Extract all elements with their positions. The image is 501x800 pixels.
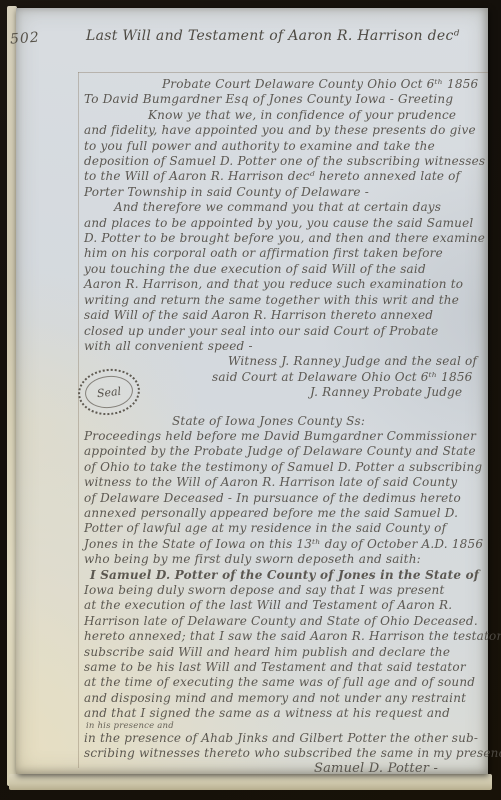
manuscript-line: Iowa being duly sworn depose and say tha… bbox=[84, 583, 476, 598]
manuscript-text: Probate Court Delaware County Ohio Oct 6… bbox=[84, 77, 476, 777]
manuscript-line: J. Ranney Probate Judge bbox=[310, 385, 476, 400]
manuscript-line: I Samuel D. Potter of the County of Jone… bbox=[90, 568, 476, 583]
manuscript-line: you touching the due execution of said W… bbox=[84, 262, 476, 277]
manuscript-line: and places to be appointed by you, you c… bbox=[84, 216, 476, 231]
manuscript-line: witness to the Will of Aaron R. Harrison… bbox=[84, 475, 476, 490]
manuscript-line: and fidelity, have appointed you and by … bbox=[84, 123, 476, 138]
manuscript-line: Harrison late of Delaware County and Sta… bbox=[84, 614, 476, 629]
manuscript-line: To David Bumgardner Esq of Jones County … bbox=[84, 92, 476, 107]
ledger-paper: 502 Last Will and Testament of Aaron R. … bbox=[16, 8, 488, 774]
manuscript-line: hereto annexed; that I saw the said Aaro… bbox=[84, 629, 476, 644]
manuscript-line: Proceedings held before me David Bumgard… bbox=[84, 429, 476, 444]
manuscript-line: who being by me first duly sworn deposet… bbox=[84, 552, 476, 567]
manuscript-line: Aaron R. Harrison, and that you reduce s… bbox=[84, 277, 476, 292]
manuscript-line: writing and return the same together wit… bbox=[84, 293, 476, 308]
manuscript-line: Porter Township in said County of Delawa… bbox=[84, 185, 476, 200]
manuscript-line: Jones in the State of Iowa on this 13ᵗʰ … bbox=[84, 537, 476, 552]
manuscript-line: deposition of Samuel D. Potter one of th… bbox=[84, 154, 476, 169]
manuscript-line: Know ye that we, in confidence of your p… bbox=[148, 108, 476, 123]
manuscript-line: closed up under your seal into our said … bbox=[84, 324, 476, 339]
manuscript-line: and that I signed the same as a witness … bbox=[84, 706, 476, 721]
manuscript-line: in his presence and bbox=[86, 722, 476, 731]
manuscript-line: D. Potter to be brought before you, and … bbox=[84, 231, 476, 246]
manuscript-line: annexed personally appeared before me th… bbox=[84, 506, 476, 521]
manuscript-line: scribing witnesses thereto who subscribe… bbox=[84, 746, 476, 761]
manuscript-line: at the execution of the last Will and Te… bbox=[84, 598, 476, 613]
header-rule-line bbox=[78, 72, 488, 73]
manuscript-line: said Will of the said Aaron R. Harrison … bbox=[84, 308, 476, 323]
manuscript-line: subscribe said Will and heard him publis… bbox=[84, 645, 476, 660]
manuscript-line: at the time of executing the same was of… bbox=[84, 675, 476, 690]
manuscript-line: in the presence of Ahab Jinks and Gilber… bbox=[84, 731, 476, 746]
manuscript-line: with all convenient speed - bbox=[84, 339, 476, 354]
manuscript-line: And therefore we command you that at cer… bbox=[114, 200, 476, 215]
manuscript-line: of Ohio to take the testimony of Samuel … bbox=[84, 460, 476, 475]
margin-rule-line bbox=[78, 72, 79, 768]
manuscript-line: to the Will of Aaron R. Harrison decᵈ he… bbox=[84, 169, 476, 184]
manuscript-line: him on his corporal oath or affirmation … bbox=[84, 246, 476, 261]
page-title: Last Will and Testament of Aaron R. Harr… bbox=[86, 28, 458, 44]
manuscript-line: said Court at Delaware Ohio Oct 6ᵗʰ 1856 bbox=[212, 370, 476, 385]
manuscript-line: same to be his last Will and Testament a… bbox=[84, 660, 476, 675]
manuscript-line: to you full power and authority to exami… bbox=[84, 139, 476, 154]
page-number: 502 bbox=[10, 28, 59, 47]
manuscript-line: appointed by the Probate Judge of Delawa… bbox=[84, 444, 476, 459]
manuscript-line: Samuel D. Potter - bbox=[314, 761, 476, 776]
manuscript-line: Probate Court Delaware County Ohio Oct 6… bbox=[162, 77, 476, 92]
manuscript-line: Potter of lawful age at my residence in … bbox=[84, 521, 476, 536]
manuscript-line: of Delaware Deceased - In pursuance of t… bbox=[84, 491, 476, 506]
manuscript-line: Witness J. Ranney Judge and the seal of bbox=[228, 354, 476, 369]
manuscript-line: and disposing mind and memory and not un… bbox=[84, 691, 476, 706]
photographed-ledger-page: 502 Last Will and Testament of Aaron R. … bbox=[0, 0, 501, 800]
seal-label: Seal bbox=[83, 374, 134, 411]
manuscript-line: State of Iowa Jones County Ss: bbox=[172, 414, 476, 429]
